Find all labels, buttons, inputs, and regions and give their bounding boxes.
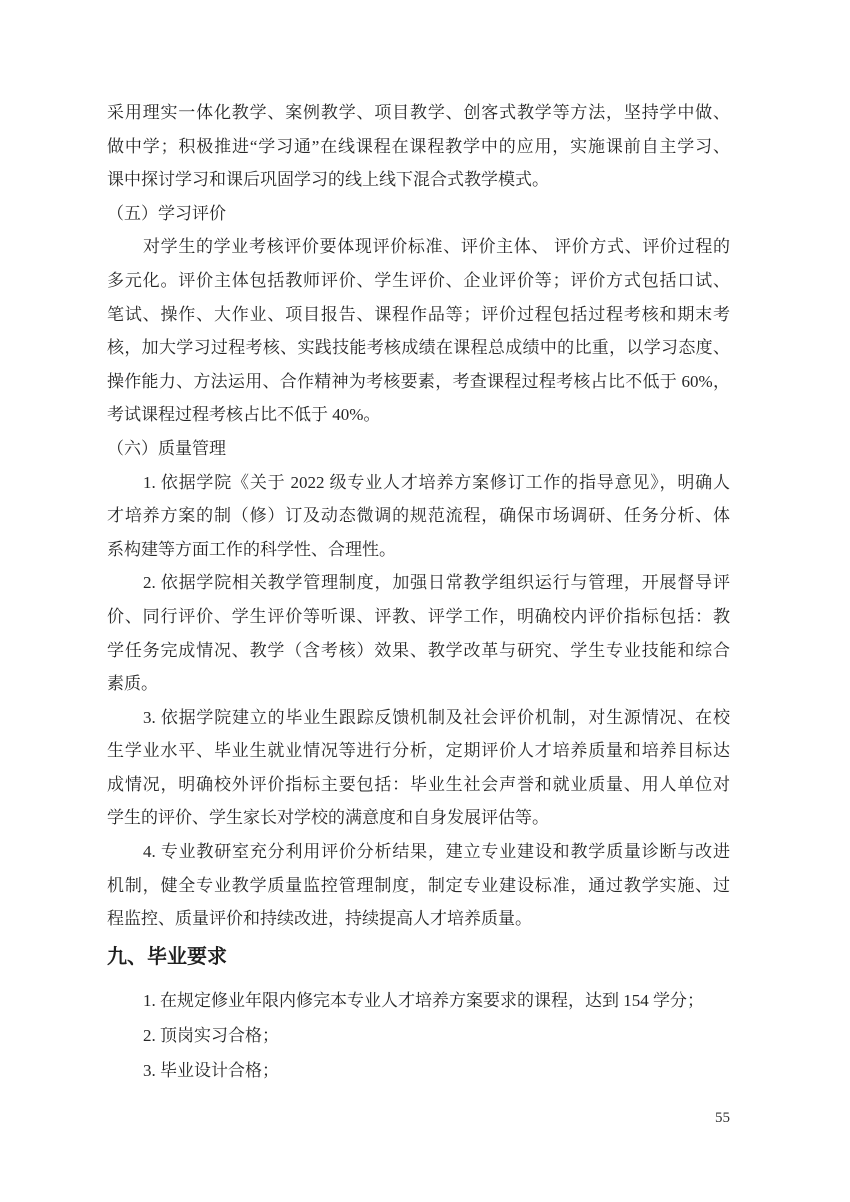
text-line: 1. 在规定修业年限内修完本专业人才培养方案要求的课程，达到 154 学分； — [107, 983, 730, 1018]
text-line: 对学生的学业考核评价要体现评价标准、评价主体、 评价方式、评价过程的 — [107, 230, 730, 264]
text-line: （五）学习评价 — [107, 197, 730, 231]
text-line: 2. 依据学院相关教学管理制度，加强日常教学组织运行与管理，开展督导评 — [107, 566, 730, 600]
text-line: 1. 依据学院《关于 2022 级专业人才培养方案修订工作的指导意见》，明确人 — [107, 466, 730, 500]
text-line: 多元化。评价主体包括教师评价、学生评价、企业评价等；评价方式包括口试、 — [107, 264, 730, 298]
text-line: 做中学；积极推进“学习通”在线课程在课程教学中的应用，实施课前自主学习、 — [107, 130, 730, 164]
section-heading: 九、毕业要求 — [107, 939, 730, 975]
text-line: 核，加大学习过程考核、实践技能考核成绩在课程总成绩中的比重，以学习态度、 — [107, 331, 730, 365]
text-line: 4. 专业教研室充分利用评价分析结果，建立专业建设和教学质量诊断与改进 — [107, 835, 730, 869]
text-line: 学任务完成情况、教学（含考核）效果、教学改革与研究、学生专业技能和综合 — [107, 634, 730, 668]
text-line: 3. 依据学院建立的毕业生跟踪反馈机制及社会评价机制，对生源情况、在校 — [107, 701, 730, 735]
text-line: 考试课程过程考核占比不低于 40%。 — [107, 398, 730, 432]
text-line: 素质。 — [107, 667, 730, 701]
text-line: 才培养方案的制（修）订及动态微调的规范流程，确保市场调研、任务分析、体 — [107, 499, 730, 533]
document-body: 采用理实一体化教学、案例教学、项目教学、创客式教学等方法，坚持学中做、做中学；积… — [107, 96, 730, 1088]
page-number: 55 — [715, 1108, 730, 1128]
text-line: 操作能力、方法运用、合作精神为考核要素，考查课程过程考核占比不低于 60%， — [107, 365, 730, 399]
text-line: 采用理实一体化教学、案例教学、项目教学、创客式教学等方法，坚持学中做、 — [107, 96, 730, 130]
text-line: 机制，健全专业教学质量监控管理制度，制定专业建设标准，通过教学实施、过 — [107, 869, 730, 903]
text-line: 3. 毕业设计合格； — [107, 1053, 730, 1088]
text-line: 课中探讨学习和课后巩固学习的线上线下混合式教学模式。 — [107, 163, 730, 197]
text-line: 生学业水平、毕业生就业情况等进行分析，定期评价人才培养质量和培养目标达 — [107, 734, 730, 768]
text-line: 系构建等方面工作的科学性、合理性。 — [107, 533, 730, 567]
document-page: 采用理实一体化教学、案例教学、项目教学、创客式教学等方法，坚持学中做、做中学；积… — [0, 0, 850, 1202]
text-line: （六）质量管理 — [107, 432, 730, 466]
text-line: 2. 顶岗实习合格； — [107, 1018, 730, 1053]
text-line: 笔试、操作、大作业、项目报告、课程作品等；评价过程包括过程考核和期末考 — [107, 298, 730, 332]
text-line: 程监控、质量评价和持续改进，持续提高人才培养质量。 — [107, 902, 730, 936]
text-line: 价、同行评价、学生评价等听课、评教、评学工作，明确校内评价指标包括：教 — [107, 600, 730, 634]
text-line: 成情况，明确校外评价指标主要包括：毕业生社会声誉和就业质量、用人单位对 — [107, 768, 730, 802]
text-line: 学生的评价、学生家长对学校的满意度和自身发展评估等。 — [107, 801, 730, 835]
